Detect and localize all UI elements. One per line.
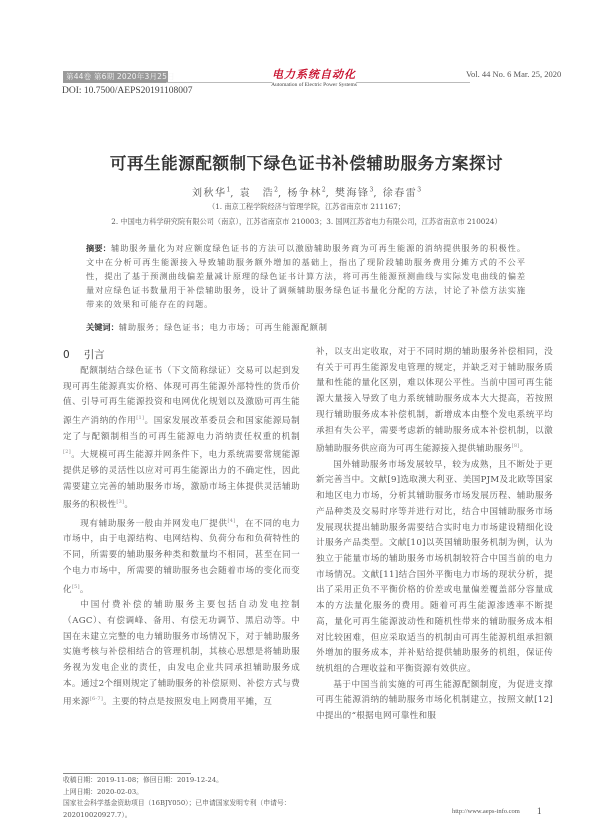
header-rule-right <box>356 82 470 83</box>
keywords-text: 辅助服务；绿色证书；电力市场；可再生能源配额制 <box>119 322 328 332</box>
paragraph: 基于中国当前实施的可再生能源配额制度，为促进支撑可再生能源消纳的辅助服务市场化机… <box>316 678 553 725</box>
abstract: 摘要：辅助服务量化为对应额度绿色证书的方法可以激励辅助服务商为可再生能源的消纳提… <box>86 241 526 311</box>
author: 樊海锋3 <box>335 188 373 199</box>
keywords: 关键词：辅助服务；绿色证书；电力市场；可再生能源配额制 <box>86 322 526 333</box>
author: 杨争林2 <box>287 188 325 199</box>
online-date: 上网日期：2020-02-03。 <box>63 787 303 799</box>
volume-info: Vol. 44 No. 6 Mar. 25, 2020 <box>466 69 561 79</box>
doi[interactable]: DOI: 10.7500/AEPS20191108007 <box>62 86 193 96</box>
abstract-label: 摘要： <box>86 243 111 253</box>
citation[interactable]: [8] <box>512 443 520 449</box>
header-rule-left <box>166 82 272 83</box>
paragraph: 补，以支出定收取，对于不同时期的辅助服务补偿相同，没有关于可再生能源发电管理的规… <box>316 345 553 458</box>
paragraph: 现有辅助服务一般由并网发电厂提供[4]，在不同的电力市场中，由于电源结构、电网结… <box>63 514 300 598</box>
paragraph: 国外辅助服务市场发展较早，较为成熟，且不断处于更新完善当中。文献[9]选取澳大利… <box>316 458 553 678</box>
author: 徐春雷3 <box>383 188 421 199</box>
footnote-divider <box>63 773 191 774</box>
citation[interactable]: [4] <box>228 518 236 524</box>
body-column-left: 配额制结合绿色证书（下文简称绿证）交易可以起到发现可再生能源真实价格、体现可再生… <box>63 364 300 711</box>
abstract-text: 辅助服务量化为对应额度绿色证书的方法可以激励辅助服务商为可再生能源的消纳提供服务… <box>86 243 526 309</box>
issue-badge: 第44卷 第6期 2020年3月25日 <box>63 71 168 83</box>
received-date: 收稿日期：2019-11-08；修回日期：2019-12-24。 <box>63 775 303 787</box>
body-column-right: 补，以支出定收取，对于不同时期的辅助服务补偿相同，没有关于可再生能源发电管理的规… <box>316 345 553 725</box>
paper-title: 可再生能源配额制下绿色证书补偿辅助服务方案探讨 <box>0 150 613 174</box>
section-title: 引言 <box>84 349 105 361</box>
author: 刘秋华1 <box>192 188 230 199</box>
paragraph: 配额制结合绿色证书（下文简称绿证）交易可以起到发现可再生能源真实价格、体现可再生… <box>63 364 300 514</box>
paragraph: 中国付费补偿的辅助服务主要包括自动发电控制（AGC）、有偿调峰、备用、有偿无功调… <box>63 598 300 711</box>
author: 袁 浩2 <box>240 188 278 199</box>
footer-url[interactable]: http://www.aeps-info.com <box>452 808 520 815</box>
footnotes: 收稿日期：2019-11-08；修回日期：2019-12-24。 上网日期：20… <box>63 775 303 821</box>
author-list: 刘秋华1, 袁 浩2, 杨争林2, 樊海锋3, 徐春雷3 <box>0 184 613 199</box>
journal-logo: 电力系统自动化 <box>272 66 356 82</box>
citation[interactable]: [5] <box>72 584 80 590</box>
section-number: 0 <box>63 349 70 361</box>
keywords-label: 关键词： <box>86 322 119 332</box>
page-number: 1 <box>537 806 542 816</box>
affiliation-line-2: 2. 中国电力科学研究院有限公司（南京），江苏省南京市 210003；3. 国网… <box>0 217 613 227</box>
journal-subtitle: Automation of Electric Power Systems <box>262 82 366 88</box>
citation[interactable]: [2] <box>63 449 71 455</box>
citation[interactable]: [6-7] <box>90 696 103 702</box>
affiliation-line-1: （1. 南京工程学院经济与管理学院，江苏省南京市 211167； <box>0 202 613 212</box>
section-heading: 0引言 <box>63 347 105 362</box>
funding-note: 国家社会科学基金资助项目（16BJY050）；已申请国家发明专利（申请号：202… <box>63 798 303 821</box>
